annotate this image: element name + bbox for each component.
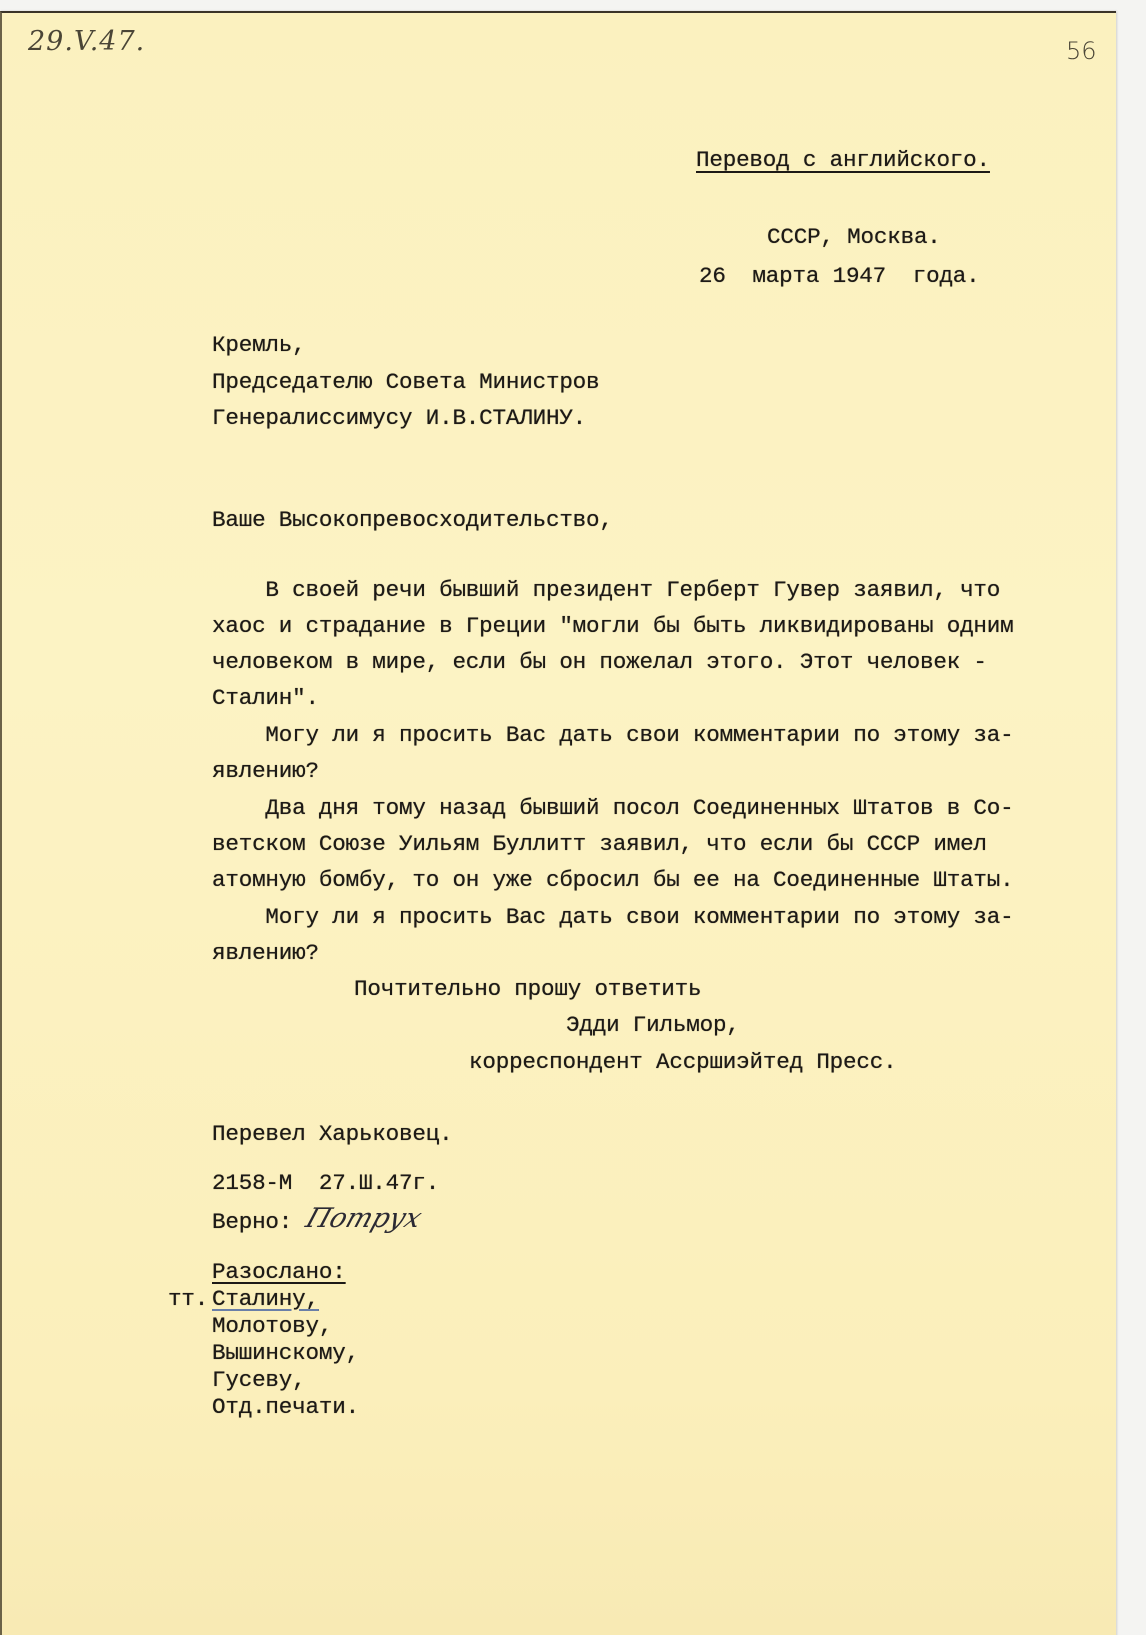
body-line: человеком в мире, если бы он пожелал это… <box>212 651 987 674</box>
recipient: Отд.печати. <box>212 1396 359 1419</box>
sender-name: Эдди Гильмор, <box>566 1014 740 1037</box>
body-line: явлению? <box>212 760 319 783</box>
body-line: Два дня тому назад бывший посол Соединен… <box>212 797 1014 820</box>
salutation: Ваше Высокопревосходительство, <box>212 509 613 532</box>
place-line: СССР, Москва. <box>767 226 941 249</box>
addressee-line-2: Председателю Совета Министров <box>212 371 599 394</box>
translator-line: Перевел Харьковец. <box>212 1123 452 1146</box>
sender-title: корреспондент Ассршиэйтед Пресс. <box>469 1051 896 1074</box>
verified-signature: Потрух <box>302 1203 426 1234</box>
body-line: явлению? <box>212 942 319 965</box>
verified-label: Верно: <box>212 1211 292 1234</box>
body-line: Сталин". <box>212 687 319 710</box>
body-line: хаос и страдание в Греции "могли бы быть… <box>212 615 1014 638</box>
distribution-label: Разослано: <box>212 1261 346 1284</box>
body-line: В своей речи бывший президент Герберт Гу… <box>212 579 1000 602</box>
body-line: Могу ли я просить Вас дать свои коммента… <box>212 724 1014 747</box>
body-line: ветском Союзе Уильям Буллитт заявил, что… <box>212 833 987 856</box>
page-number: 56 <box>1066 37 1097 65</box>
recipient: Гусеву, <box>212 1369 306 1392</box>
addressee-line-1: Кремль, <box>212 334 306 357</box>
closing-line: Почтительно прошу ответить <box>354 978 701 1001</box>
distribution-prefix: тт. <box>168 1288 208 1311</box>
handwritten-date: 29.V.47. <box>28 26 145 57</box>
document-page: 29.V.47. 56 Перевод с английского. СССР,… <box>0 11 1116 1635</box>
translation-note: Перевод с английского. <box>696 149 990 172</box>
recipient: Вышинскому, <box>212 1342 359 1365</box>
recipient: Молотову, <box>212 1315 332 1338</box>
date-line: 26 марта 1947 года. <box>699 265 980 288</box>
body-line: атомную бомбу, то он уже сбросил бы ее н… <box>212 869 1014 892</box>
recipient: Сталину, <box>212 1288 319 1311</box>
body-line: Могу ли я просить Вас дать свои коммента… <box>212 906 1014 929</box>
addressee-line-3: Генералиссимусу И.В.СТАЛИНУ. <box>212 407 586 430</box>
reference-number: 2158-М 27.Ш.47г. <box>212 1172 439 1195</box>
